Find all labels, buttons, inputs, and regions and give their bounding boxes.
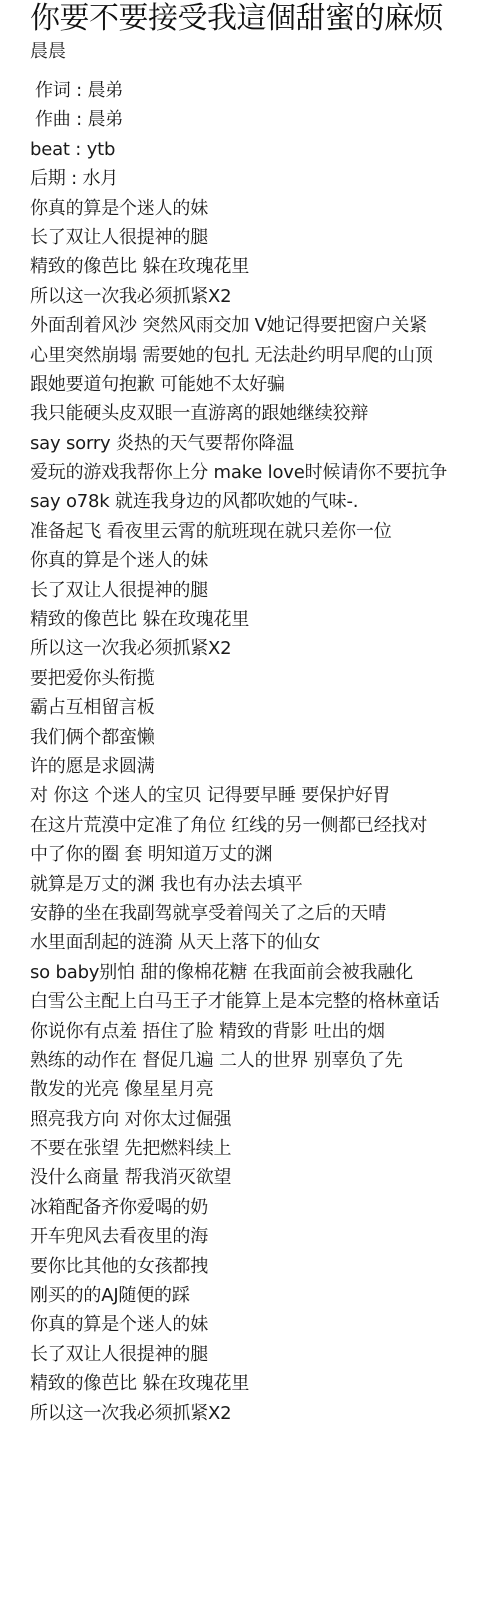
lyric-line: 长了双让人很提神的腿 [30,576,500,605]
lyric-line: 长了双让人很提神的腿 [30,1340,500,1369]
lyric-line: 我们俩个都蛮懒 [30,723,500,752]
lyrics-body: 作词 : 晨弟 作曲 : 晨弟 beat : ytb 后期 : 水月 你真的算是… [30,76,500,1428]
lyric-line: 照亮我方向 对你太过倔强 [30,1105,500,1134]
credit-beat: beat : ytb [30,135,500,164]
lyric-line: 没什么商量 帮我消灭欲望 [30,1163,500,1192]
lyric-line: 霸占互相留言板 [30,693,500,722]
lyric-line: 要你比其他的女孩都拽 [30,1252,500,1281]
credit-post-production: 后期 : 水月 [30,164,500,193]
credit-lyricist: 作词 : 晨弟 [30,76,500,105]
lyric-line: 准备起飞 看夜里云霄的航班现在就只差你一位 [30,517,500,546]
lyric-line: so baby别怕 甜的像棉花糖 在我面前会被我融化 [30,958,500,987]
lyric-line: say sorry 炎热的天气要帮你降温 [30,429,500,458]
lyric-line: 你说你有点羞 捂住了脸 精致的背影 吐出的烟 [30,1017,500,1046]
lyric-line: 熟练的动作在 督促几遍 二人的世界 别辜负了先 [30,1046,500,1075]
lyric-line: 精致的像芭比 躲在玫瑰花里 [30,252,500,281]
lyric-line: 开车兜风去看夜里的海 [30,1222,500,1251]
lyric-line: 你真的算是个迷人的妹 [30,546,500,575]
lyric-line: 中了你的圈 套 明知道万丈的渊 [30,840,500,869]
lyric-line: 不要在张望 先把燃料续上 [30,1134,500,1163]
lyric-line: 精致的像芭比 躲在玫瑰花里 [30,605,500,634]
lyric-line: 所以这一次我必须抓紧X2 [30,282,500,311]
lyric-line: 散发的光亮 像星星月亮 [30,1075,500,1104]
lyric-line: 对 你这 个迷人的宝贝 记得要早睡 要保护好胃 [30,781,500,810]
artist-name: 晨晨 [30,39,500,65]
lyric-line: 安静的坐在我副驾就享受着闯关了之后的天晴 [30,899,500,928]
lyric-line: 在这片荒漠中定准了角位 红线的另一侧都已经找对 [30,811,500,840]
lyric-line: 所以这一次我必须抓紧X2 [30,634,500,663]
lyric-line: 爱玩的游戏我帮你上分 make love时候请你不要抗争 [30,458,500,487]
lyrics-page: 你要不要接受我這個甜蜜的麻烦 晨晨 作词 : 晨弟 作曲 : 晨弟 beat :… [0,0,500,1428]
lyric-line: 我只能硬头皮双眼一直游离的跟她继续狡辩 [30,399,500,428]
lyric-line: 外面刮着风沙 突然风雨交加 V她记得要把窗户关紧 [30,311,500,340]
lyric-line: 刚买的的AJ随便的踩 [30,1281,500,1310]
lyric-line: 你真的算是个迷人的妹 [30,1310,500,1339]
credit-composer: 作曲 : 晨弟 [30,105,500,134]
lyric-line: 你真的算是个迷人的妹 [30,194,500,223]
song-title: 你要不要接受我這個甜蜜的麻烦 [30,0,500,38]
lyric-line: 所以这一次我必须抓紧X2 [30,1399,500,1428]
lyric-line: 跟她要道句抱歉 可能她不太好骗 [30,370,500,399]
lyric-line: 要把爱你头衔揽 [30,664,500,693]
lyric-line: 心里突然崩塌 需要她的包扎 无法赴约明早爬的山顶 [30,341,500,370]
lyric-line: say o78k 就连我身边的风都吹她的气味-. [30,487,500,516]
lyric-line: 精致的像芭比 躲在玫瑰花里 [30,1369,500,1398]
lyric-line: 白雪公主配上白马王子才能算上是本完整的格林童话 [30,987,500,1016]
lyric-line: 就算是万丈的渊 我也有办法去填平 [30,870,500,899]
lyric-line: 冰箱配备齐你爱喝的奶 [30,1193,500,1222]
lyric-line: 长了双让人很提神的腿 [30,223,500,252]
lyric-line: 水里面刮起的涟漪 从天上落下的仙女 [30,928,500,957]
lyric-line: 许的愿是求圆满 [30,752,500,781]
